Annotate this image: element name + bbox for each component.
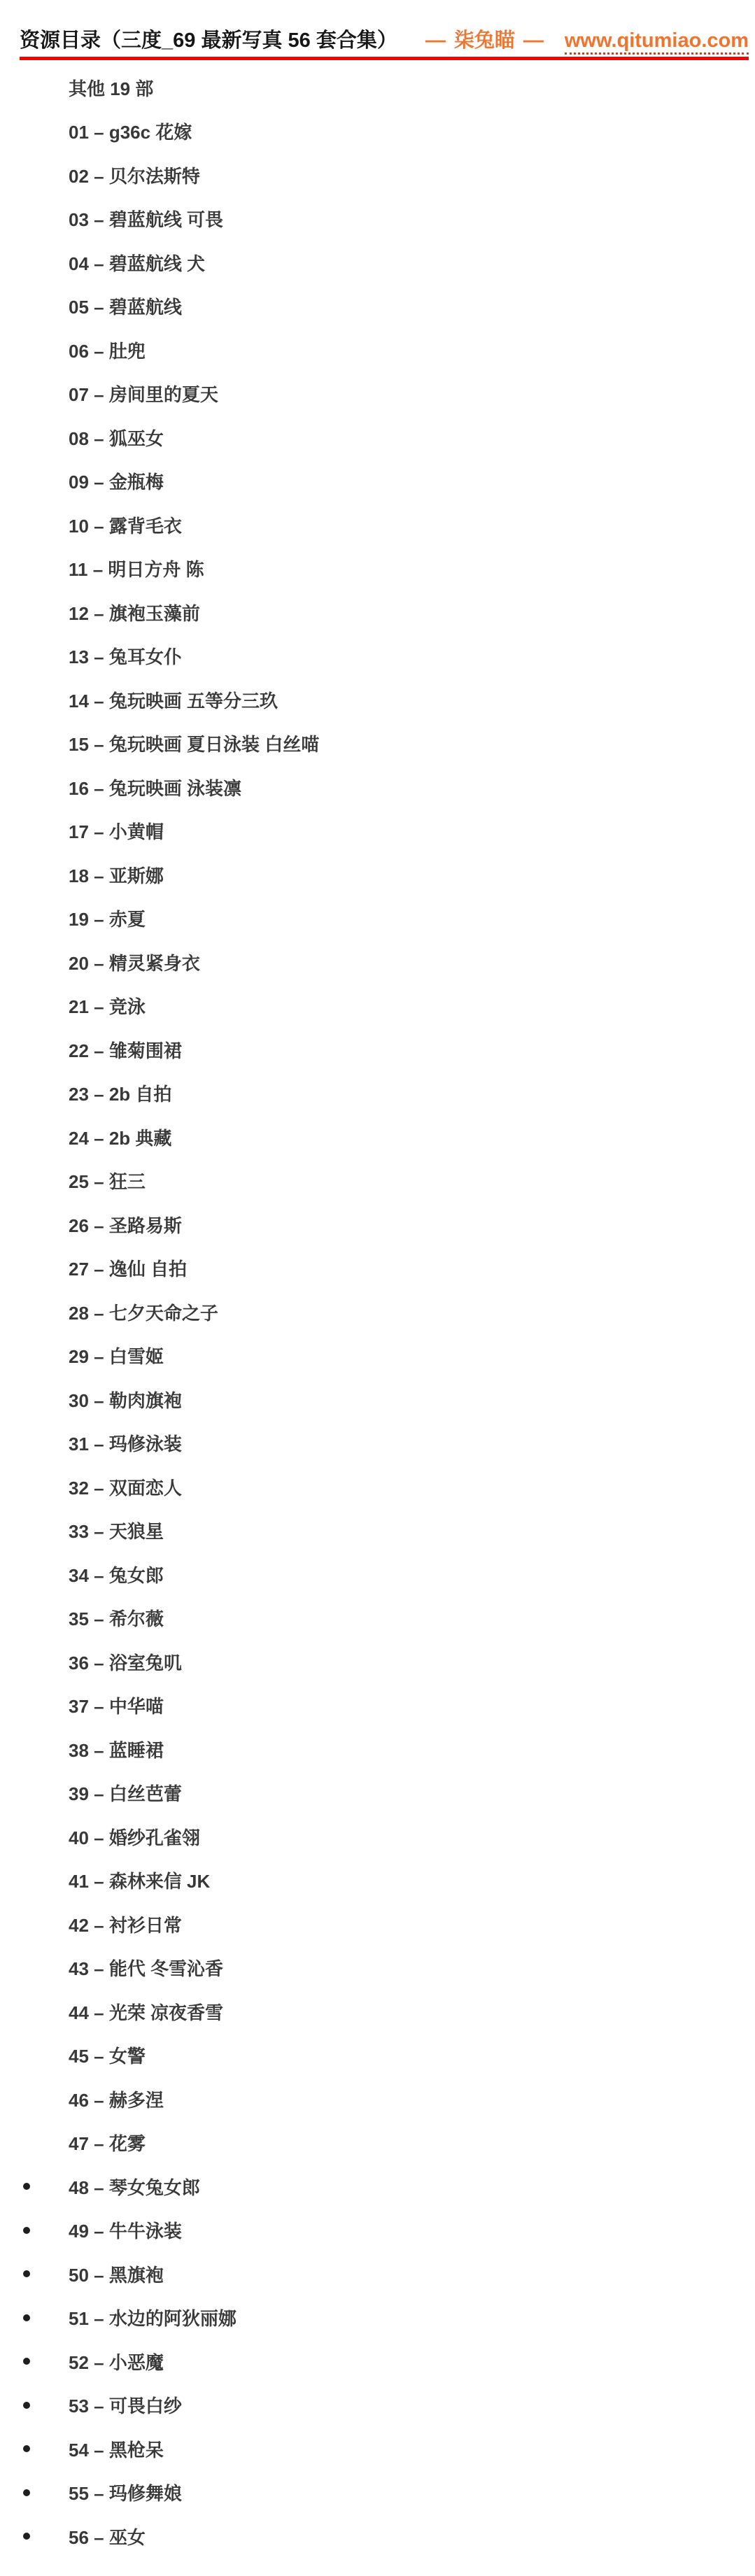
bullet-icon — [23, 2358, 30, 2365]
bullet-icon — [23, 2533, 30, 2540]
list-item-text: 23 – 2b 自拍 — [69, 1080, 171, 1106]
list-item: 45 – 女警 — [0, 2034, 755, 2078]
list-item: 08 – 狐巫女 — [0, 416, 755, 460]
list-item: 50 – 黑旗袍 — [0, 2252, 755, 2296]
list-item-text: 34 – 兔女郎 — [69, 1562, 164, 1587]
list-item-text: 05 – 碧蓝航线 — [69, 293, 182, 319]
list-item-text: 03 – 碧蓝航线 可畏 — [69, 206, 223, 232]
list-item: 10 – 露背毛衣 — [0, 503, 755, 547]
list-item: 47 – 花雾 — [0, 2121, 755, 2165]
list-item: 23 – 2b 自拍 — [0, 1072, 755, 1116]
list-item-text: 55 – 玛修舞娘 — [69, 2479, 182, 2505]
document-header: 资源目录（三度_69 最新写真 56 套合集）—柒兔瞄—www.qitumiao… — [0, 0, 755, 60]
list-item-text: 56 – 巫女 — [69, 2524, 146, 2549]
list-item: 20 – 精灵紧身衣 — [0, 940, 755, 984]
list-item-text: 16 – 兔玩映画 泳装凛 — [69, 774, 241, 800]
list-item: 33 – 天狼星 — [0, 1509, 755, 1553]
list-item: 39 – 白丝芭蕾 — [0, 1771, 755, 1816]
list-intro: 其他 19 部 — [0, 66, 755, 110]
list-item-text: 39 – 白丝芭蕾 — [69, 1780, 182, 1806]
list-item-text: 15 – 兔玩映画 夏日泳装 白丝喵 — [69, 730, 319, 756]
list-item-text: 41 – 森林来信 JK — [69, 1867, 210, 1893]
list-item: 09 – 金瓶梅 — [0, 460, 755, 504]
list-item: 32 – 双面恋人 — [0, 1465, 755, 1509]
list-item: 07 – 房间里的夏天 — [0, 372, 755, 416]
list-item: 40 – 婚纱孔雀翎 — [0, 1815, 755, 1859]
list-item-text: 37 – 中华喵 — [69, 1692, 164, 1718]
list-item: 01 – g36c 花嫁 — [0, 110, 755, 154]
list-item: 29 – 白雪姬 — [0, 1334, 755, 1378]
list-item-text: 54 – 黑枪呆 — [69, 2436, 164, 2462]
list-item: 26 – 圣路易斯 — [0, 1203, 755, 1247]
list-item-text: 48 – 琴女兔女郎 — [69, 2174, 200, 2200]
list-item-text: 14 – 兔玩映画 五等分三玖 — [69, 687, 278, 713]
list-item-text: 19 – 赤夏 — [69, 905, 146, 931]
list-item: 44 – 光荣 凉夜香雪 — [0, 1990, 755, 2034]
list-item-text: 45 – 女警 — [69, 2042, 146, 2068]
list-item-text: 43 – 能代 冬雪沁香 — [69, 1955, 223, 1981]
list-item-text: 29 – 白雪姬 — [69, 1343, 164, 1368]
list-item: 24 – 2b 典藏 — [0, 1115, 755, 1159]
list-item-text: 28 – 七夕天命之子 — [69, 1299, 218, 1325]
list-item: 21 – 竞泳 — [0, 984, 755, 1028]
list-item-text: 04 – 碧蓝航线 犬 — [69, 250, 205, 276]
list-item: 04 – 碧蓝航线 犬 — [0, 241, 755, 285]
list-item: 43 – 能代 冬雪沁香 — [0, 1946, 755, 1990]
list-item-text: 51 – 水边的阿狄丽娜 — [69, 2305, 237, 2330]
photo-set-list: 其他 19 部 01 – g36c 花嫁02 – 贝尔法斯特03 – 碧蓝航线 … — [0, 66, 755, 2559]
list-item: 55 – 玛修舞娘 — [0, 2471, 755, 2515]
list-item: 46 – 赫多涅 — [0, 2077, 755, 2121]
list-item-text: 06 – 肚兜 — [69, 337, 146, 363]
list-item: 05 – 碧蓝航线 — [0, 285, 755, 329]
list-item: 38 – 蓝睡裙 — [0, 1727, 755, 1771]
list-item: 36 – 浴室兔叽 — [0, 1640, 755, 1684]
list-item-text: 08 – 狐巫女 — [69, 425, 164, 451]
list-item: 14 – 兔玩映画 五等分三玖 — [0, 678, 755, 722]
list-item-text: 52 – 小恶魔 — [69, 2349, 164, 2375]
list-item-text: 01 – g36c 花嫁 — [69, 118, 192, 144]
list-item-text: 53 – 可畏白纱 — [69, 2392, 182, 2418]
list-item-text: 25 – 狂三 — [69, 1168, 146, 1194]
list-intro-text: 其他 19 部 — [69, 75, 153, 101]
list-item-text: 50 – 黑旗袍 — [69, 2261, 164, 2287]
list-item-text: 21 – 竞泳 — [69, 993, 146, 1019]
list-item: 13 – 兔耳女仆 — [0, 635, 755, 679]
list-item: 02 – 贝尔法斯特 — [0, 153, 755, 197]
list-item-text: 47 – 花雾 — [69, 2130, 146, 2156]
list-item: 17 – 小黄帽 — [0, 809, 755, 854]
list-item: 12 – 旗袍玉藻前 — [0, 590, 755, 635]
list-item-text: 36 – 浴室兔叽 — [69, 1649, 182, 1675]
list-item-text: 44 – 光荣 凉夜香雪 — [69, 1999, 223, 2025]
list-item: 06 – 肚兜 — [0, 328, 755, 372]
list-item-text: 33 – 天狼星 — [69, 1517, 164, 1543]
list-item-text: 40 – 婚纱孔雀翎 — [69, 1824, 200, 1850]
list-item: 16 – 兔玩映画 泳装凛 — [0, 765, 755, 809]
list-item: 51 – 水边的阿狄丽娜 — [0, 2296, 755, 2340]
list-item-text: 20 – 精灵紧身衣 — [69, 949, 200, 975]
list-item: 41 – 森林来信 JK — [0, 1859, 755, 1903]
list-item: 52 – 小恶魔 — [0, 2340, 755, 2384]
list-item: 22 – 雏菊围裙 — [0, 1028, 755, 1072]
bullet-icon — [23, 2402, 30, 2409]
document-page: 资源目录（三度_69 最新写真 56 套合集）—柒兔瞄—www.qitumiao… — [0, 0, 755, 2576]
list-item-text: 13 – 兔耳女仆 — [69, 643, 182, 669]
list-item: 31 – 玛修泳装 — [0, 1422, 755, 1466]
list-item-text: 10 – 露背毛衣 — [69, 512, 182, 538]
separator-dash-right: — — [523, 29, 544, 52]
document-title: 资源目录（三度_69 最新写真 56 套合集） — [20, 29, 397, 52]
list-item-text: 42 – 衬衫日常 — [69, 1911, 182, 1937]
list-item: 11 – 明日方舟 陈 — [0, 547, 755, 591]
list-item: 49 – 牛牛泳装 — [0, 2209, 755, 2253]
list-item-text: 49 – 牛牛泳装 — [69, 2217, 182, 2243]
list-item: 35 – 希尔薇 — [0, 1597, 755, 1641]
bullet-icon — [23, 2183, 30, 2190]
list-item-text: 35 – 希尔薇 — [69, 1605, 164, 1631]
list-item: 34 – 兔女郎 — [0, 1552, 755, 1597]
list-item-text: 31 – 玛修泳装 — [69, 1430, 182, 1456]
list-item-text: 11 – 明日方舟 陈 — [69, 555, 204, 581]
list-item-text: 27 – 逸仙 自拍 — [69, 1255, 187, 1281]
site-name: 柒兔瞄 — [454, 29, 515, 52]
list-item: 53 – 可畏白纱 — [0, 2384, 755, 2428]
list-item: 28 – 七夕天命之子 — [0, 1290, 755, 1334]
list-item-text: 09 – 金瓶梅 — [69, 468, 164, 494]
list-item: 03 – 碧蓝航线 可畏 — [0, 197, 755, 241]
list-item: 56 – 巫女 — [0, 2514, 755, 2559]
list-item: 37 – 中华喵 — [0, 1684, 755, 1728]
list-item-text: 02 – 贝尔法斯特 — [69, 162, 200, 188]
list-item: 19 – 赤夏 — [0, 897, 755, 941]
site-url-link[interactable]: www.qitumiao.com — [565, 29, 749, 55]
list-item-text: 46 – 赫多涅 — [69, 2086, 164, 2112]
bullet-icon — [23, 2227, 30, 2234]
list-item-text: 12 – 旗袍玉藻前 — [69, 600, 200, 625]
list-item-text: 18 – 亚斯娜 — [69, 862, 164, 888]
list-item: 18 – 亚斯娜 — [0, 853, 755, 897]
separator-dash-left: — — [425, 29, 446, 52]
list-item: 25 – 狂三 — [0, 1159, 755, 1203]
list-item: 15 – 兔玩映画 夏日泳装 白丝喵 — [0, 722, 755, 766]
header-line: 资源目录（三度_69 最新写真 56 套合集）—柒兔瞄—www.qitumiao… — [20, 27, 749, 60]
list-item: 54 – 黑枪呆 — [0, 2427, 755, 2471]
list-item-text: 17 – 小黄帽 — [69, 818, 164, 844]
list-item-text: 07 – 房间里的夏天 — [69, 381, 218, 406]
list-item: 48 – 琴女兔女郎 — [0, 2165, 755, 2209]
list-item-text: 32 – 双面恋人 — [69, 1474, 182, 1500]
list-item-text: 24 – 2b 典藏 — [69, 1124, 171, 1150]
bullet-icon — [23, 2445, 30, 2452]
list-item: 27 – 逸仙 自拍 — [0, 1247, 755, 1291]
bullet-icon — [23, 2270, 30, 2277]
list-item-text: 26 – 圣路易斯 — [69, 1212, 182, 1238]
bullet-icon — [23, 2314, 30, 2321]
list-item: 30 – 勒肉旗袍 — [0, 1378, 755, 1422]
list-item-text: 38 – 蓝睡裙 — [69, 1736, 164, 1762]
list-item: 42 – 衬衫日常 — [0, 1902, 755, 1946]
list-item-text: 30 – 勒肉旗袍 — [69, 1387, 182, 1413]
bullet-icon — [23, 2489, 30, 2496]
list-item-text: 22 – 雏菊围裙 — [69, 1037, 182, 1063]
